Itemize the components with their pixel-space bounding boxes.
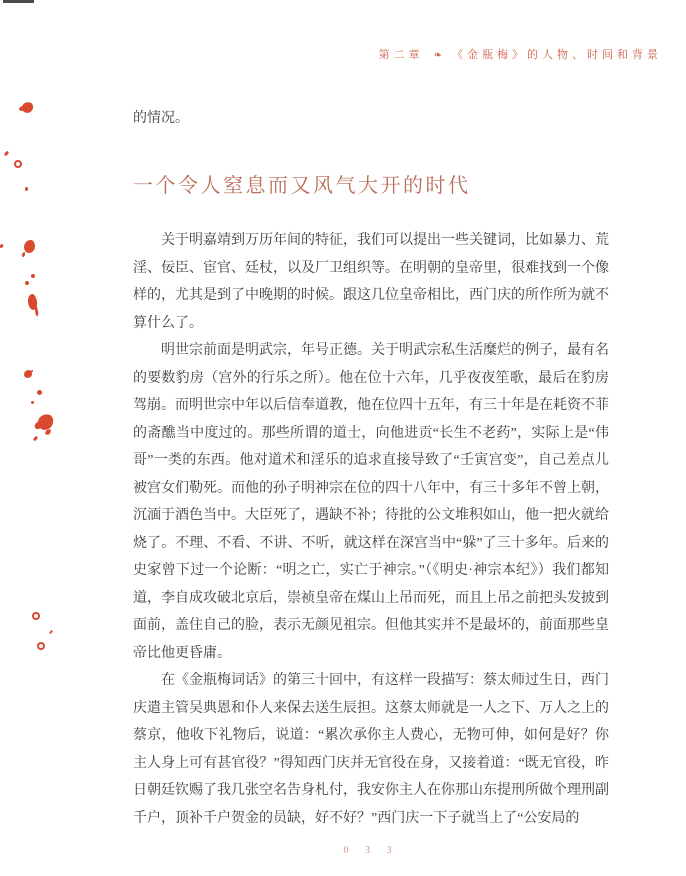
ink-splatter (24, 240, 35, 253)
ink-splatter (26, 293, 38, 311)
ink-splatter (31, 274, 35, 278)
ink-splatter (33, 436, 38, 442)
ink-splatter (31, 401, 34, 404)
ink-splatter (24, 370, 32, 378)
chapter-number: 第二章 (379, 49, 424, 61)
section-title: 一个令人窒息而又风气大开的时代 (133, 169, 609, 198)
corner-scan-mark (3, 0, 34, 3)
ink-splatter (20, 100, 34, 114)
page-number: 0 3 3 (133, 845, 609, 856)
ink-splatter (49, 630, 53, 634)
ink-splatter (25, 281, 29, 285)
ink-splatter (4, 151, 9, 157)
ink-splatter (14, 160, 22, 168)
ink-splatter (25, 187, 28, 191)
running-head-title: 《金瓶梅》的人物、时间和背景 (452, 49, 662, 61)
ink-splatter (36, 412, 55, 431)
ink-splatter (37, 390, 42, 395)
carryover-paragraph-fragment: 的情况。 (133, 105, 609, 133)
ink-splatter (37, 642, 45, 650)
ink-splatter (0, 244, 4, 249)
running-head: 第二章❧《金瓶梅》的人物、时间和背景 (379, 46, 662, 62)
paragraph-2: 明世宗前面是明武宗，年号正德。关于明武宗私生活糜烂的例子，最有名的要数豹房（宫外… (133, 337, 609, 667)
fleuron-ornament-icon: ❧ (434, 50, 442, 61)
ink-splatter (32, 612, 40, 620)
paragraph-3: 在《金瓶梅词话》的第三十回中，有这样一段描写：蔡太师过生日，西门庆遣主管吴典恩和… (133, 667, 609, 832)
book-page: 第二章❧《金瓶梅》的人物、时间和背景 的情况。 一个令人窒息而又风气大开的时代 … (0, 0, 686, 876)
paragraph-1: 关于明嘉靖到万历年间的特征，我们可以提出一些关键词，比如暴力、荒淫、佞臣、宦官、… (133, 227, 609, 337)
text-block: 的情况。 一个令人窒息而又风气大开的时代 关于明嘉靖到万历年间的特征，我们可以提… (133, 105, 609, 832)
